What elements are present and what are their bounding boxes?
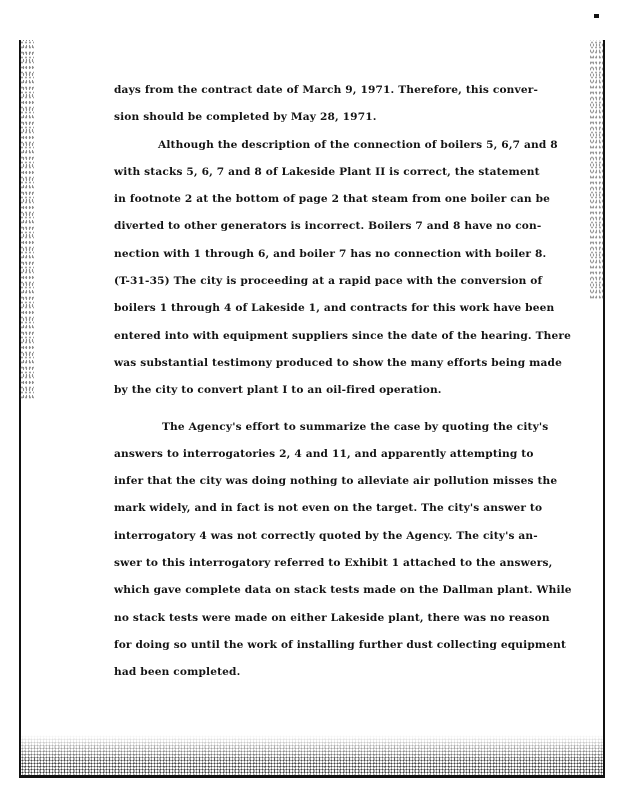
text-line: entered into with equipment suppliers si…	[114, 323, 574, 350]
text-line: by the city to convert plant I to an oil…	[114, 377, 574, 404]
text-line: answers to interrogatories 2, 4 and 11, …	[114, 441, 574, 468]
scan-corner-mark	[594, 14, 599, 18]
text-line: for doing so until the work of installin…	[114, 632, 574, 659]
paragraph-2: Although the description of the connecti…	[114, 132, 574, 405]
text-line: (T-31-35) The city is proceeding at a ra…	[114, 268, 574, 295]
document-body: days from the contract date of March 9, …	[114, 77, 574, 687]
text-line: diverted to other generators is incorrec…	[114, 213, 574, 240]
text-line: interrogatory 4 was not correctly quoted…	[114, 523, 574, 550]
text-line: had been completed.	[114, 659, 574, 686]
scan-noise-bottom-edge	[21, 735, 604, 777]
text-line: which gave complete data on stack tests …	[114, 577, 574, 604]
text-line: swer to this interrogatory referred to E…	[114, 550, 574, 577]
text-line: was substantial testimony produced to sh…	[114, 350, 574, 377]
text-line: days from the contract date of March 9, …	[114, 77, 574, 104]
paragraph-spacer	[114, 405, 574, 414]
paragraph-3: The Agency's effort to summarize the cas…	[114, 414, 574, 687]
scan-noise-left-edge	[20, 40, 34, 400]
text-line: mark widely, and in fact is not even on …	[114, 495, 574, 522]
text-line: with stacks 5, 6, 7 and 8 of Lakeside Pl…	[114, 159, 574, 186]
text-line: in footnote 2 at the bottom of page 2 th…	[114, 186, 574, 213]
text-line: nection with 1 through 6, and boiler 7 h…	[114, 241, 574, 268]
text-line: infer that the city was doing nothing to…	[114, 468, 574, 495]
scan-noise-right-edge	[590, 40, 604, 300]
text-line: sion should be completed by May 28, 1971…	[114, 104, 574, 131]
text-line: boilers 1 through 4 of Lakeside 1, and c…	[114, 295, 574, 322]
text-line: The Agency's effort to summarize the cas…	[114, 414, 574, 441]
paragraph-1: days from the contract date of March 9, …	[114, 77, 574, 132]
text-line: no stack tests were made on either Lakes…	[114, 605, 574, 632]
text-line: Although the description of the connecti…	[114, 132, 574, 159]
